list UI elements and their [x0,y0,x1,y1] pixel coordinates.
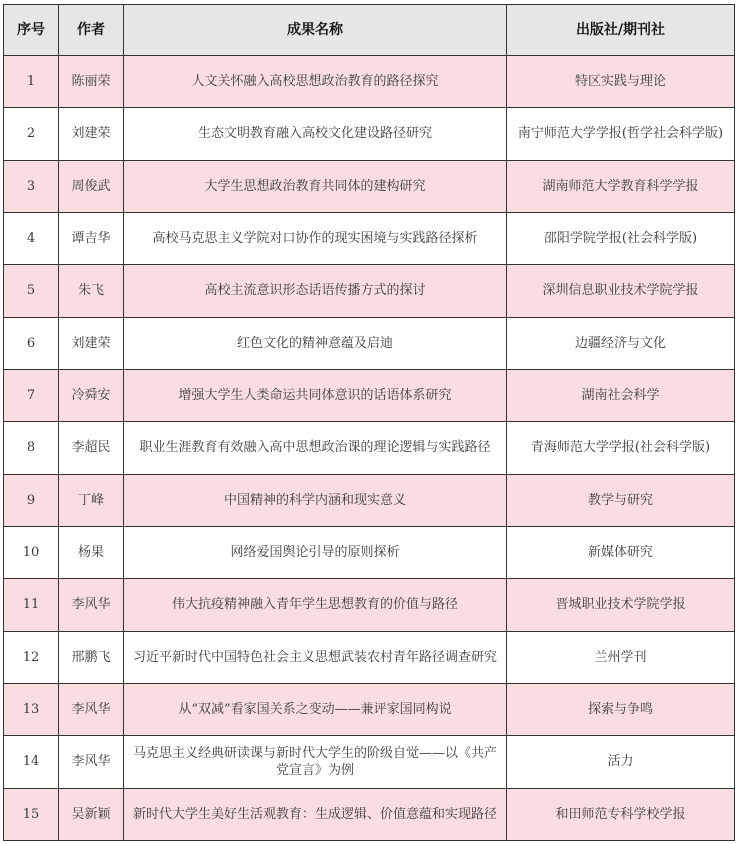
cell-title: 高校马克思主义学院对口协作的现实困境与实践路径探析 [124,212,507,264]
cell-no: 12 [4,631,59,683]
table-row: 15 吴新颖 新时代大学生美好生活观教育：生成逻辑、价值意蕴和实现路径 和田师范… [4,788,735,840]
table-row: 9 丁峰 中国精神的科学内涵和现实意义 教学与研究 [4,474,735,526]
table-row: 4 谭吉华 高校马克思主义学院对口协作的现实困境与实践路径探析 邵阳学院学报(社… [4,212,735,264]
cell-publisher: 探索与争鸣 [507,683,735,735]
cell-title: 大学生思想政治教育共同体的建构研究 [124,160,507,212]
cell-publisher: 兰州学刊 [507,631,735,683]
header-no: 序号 [4,5,59,56]
table-row: 12 邢鹏飞 习近平新时代中国特色社会主义思想武装农村青年路径调查研究 兰州学刊 [4,631,735,683]
cell-author: 刘建荣 [59,317,124,369]
cell-author: 李超民 [59,422,124,474]
cell-author: 吴新颖 [59,788,124,840]
header-row: 序号 作者 成果名称 出版社/期刊社 [4,5,735,56]
cell-publisher: 和田师范专科学校学报 [507,788,735,840]
cell-author: 丁峰 [59,474,124,526]
table-row: 7 冷舜安 增强大学生人类命运共同体意识的话语体系研究 湖南社会科学 [4,369,735,421]
cell-title: 人文关怀融入高校思想政治教育的路径探究 [124,56,507,108]
cell-author: 杨果 [59,526,124,578]
cell-no: 10 [4,526,59,578]
cell-publisher: 教学与研究 [507,474,735,526]
cell-publisher: 新媒体研究 [507,526,735,578]
cell-publisher: 边疆经济与文化 [507,317,735,369]
cell-no: 9 [4,474,59,526]
table-row: 5 朱飞 高校主流意识形态话语传播方式的探讨 深圳信息职业技术学院学报 [4,265,735,317]
cell-no: 8 [4,422,59,474]
table-row: 10 杨果 网络爱国舆论引导的原则探析 新媒体研究 [4,526,735,578]
cell-no: 3 [4,160,59,212]
cell-no: 13 [4,683,59,735]
cell-no: 11 [4,579,59,631]
header-author: 作者 [59,5,124,56]
table-row: 14 李风华 马克思主义经典研读课与新时代大学生的阶级自觉——以《共产党宣言》为… [4,736,735,788]
cell-title: 习近平新时代中国特色社会主义思想武装农村青年路径调查研究 [124,631,507,683]
cell-title: 职业生涯教育有效融入高中思想政治课的理论逻辑与实践路径 [124,422,507,474]
cell-no: 4 [4,212,59,264]
table-row: 2 刘建荣 生态文明教育融入高校文化建设路径研究 南宁师范大学学报(哲学社会科学… [4,108,735,160]
cell-author: 李风华 [59,683,124,735]
cell-author: 李风华 [59,736,124,788]
cell-no: 14 [4,736,59,788]
cell-title: 红色文化的精神意蕴及启迪 [124,317,507,369]
cell-publisher: 湖南社会科学 [507,369,735,421]
cell-title: 伟大抗疫精神融入青年学生思想教育的价值与路径 [124,579,507,631]
cell-title: 生态文明教育融入高校文化建设路径研究 [124,108,507,160]
cell-title: 增强大学生人类命运共同体意识的话语体系研究 [124,369,507,421]
cell-publisher: 特区实践与理论 [507,56,735,108]
cell-publisher: 邵阳学院学报(社会科学版) [507,212,735,264]
cell-author: 陈丽荣 [59,56,124,108]
cell-publisher: 青海师范大学学报(社会科学版) [507,422,735,474]
cell-title: 网络爱国舆论引导的原则探析 [124,526,507,578]
cell-title: 从“双减”看家国关系之变动——兼评家国同构说 [124,683,507,735]
table-row: 6 刘建荣 红色文化的精神意蕴及启迪 边疆经济与文化 [4,317,735,369]
table-row: 11 李风华 伟大抗疫精神融入青年学生思想教育的价值与路径 晋城职业技术学院学报 [4,579,735,631]
cell-no: 6 [4,317,59,369]
cell-title: 新时代大学生美好生活观教育：生成逻辑、价值意蕴和实现路径 [124,788,507,840]
cell-publisher: 湖南师范大学教育科学学报 [507,160,735,212]
table-row: 8 李超民 职业生涯教育有效融入高中思想政治课的理论逻辑与实践路径 青海师范大学… [4,422,735,474]
cell-no: 15 [4,788,59,840]
cell-title: 高校主流意识形态话语传播方式的探讨 [124,265,507,317]
results-table: 序号 作者 成果名称 出版社/期刊社 1 陈丽荣 人文关怀融入高校思想政治教育的… [3,4,735,841]
cell-title: 中国精神的科学内涵和现实意义 [124,474,507,526]
cell-author: 邢鹏飞 [59,631,124,683]
cell-no: 7 [4,369,59,421]
cell-author: 谭吉华 [59,212,124,264]
cell-publisher: 晋城职业技术学院学报 [507,579,735,631]
cell-no: 1 [4,56,59,108]
cell-author: 刘建荣 [59,108,124,160]
table-row: 3 周俊武 大学生思想政治教育共同体的建构研究 湖南师范大学教育科学学报 [4,160,735,212]
cell-publisher: 活力 [507,736,735,788]
header-title: 成果名称 [124,5,507,56]
cell-no: 2 [4,108,59,160]
cell-no: 5 [4,265,59,317]
cell-author: 冷舜安 [59,369,124,421]
cell-author: 李风华 [59,579,124,631]
table-row: 1 陈丽荣 人文关怀融入高校思想政治教育的路径探究 特区实践与理论 [4,56,735,108]
cell-publisher: 深圳信息职业技术学院学报 [507,265,735,317]
cell-publisher: 南宁师范大学学报(哲学社会科学版) [507,108,735,160]
cell-author: 周俊武 [59,160,124,212]
header-publisher: 出版社/期刊社 [507,5,735,56]
cell-title: 马克思主义经典研读课与新时代大学生的阶级自觉——以《共产党宣言》为例 [124,736,507,788]
cell-author: 朱飞 [59,265,124,317]
table-row: 13 李风华 从“双减”看家国关系之变动——兼评家国同构说 探索与争鸣 [4,683,735,735]
